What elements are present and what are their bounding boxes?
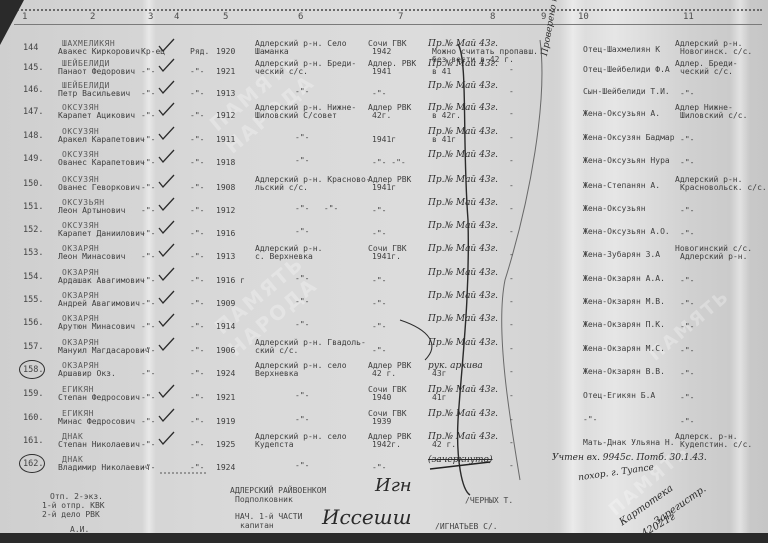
handwritten-note: Учтен вх. 9945с. Потб. 30.1.43.	[552, 453, 707, 463]
signature: Иссешш	[322, 505, 412, 529]
signature: Игн	[375, 475, 412, 496]
footer-copies: 2-й дело РВК	[42, 510, 100, 519]
footer-signatory-rank: капитан	[240, 521, 274, 530]
footer-name: /ЧЕРНЫХ Т.	[465, 496, 513, 505]
footer-signatory-rank: Подполковник	[235, 495, 293, 504]
footer-copies: 1-й отпр. КВК	[42, 501, 105, 510]
footer-signatory-title: АДЛЕРСКИЙ РАЙВОЕНКОМ	[230, 486, 326, 495]
footer-copies: Отп. 2-экз.	[50, 492, 103, 501]
footer-signatory-title: НАЧ. 1-й ЧАСТИ	[235, 512, 302, 521]
footer-initials: А.И.	[70, 525, 89, 534]
footer-name: /ИГНАТЬЕВ С/.	[435, 522, 498, 531]
document-sheet: ПАМЯТЬ НАРОДА ПАМЯТЬ НАРОДА ПАМЯТЬ ПАМЯТ…	[0, 0, 768, 543]
